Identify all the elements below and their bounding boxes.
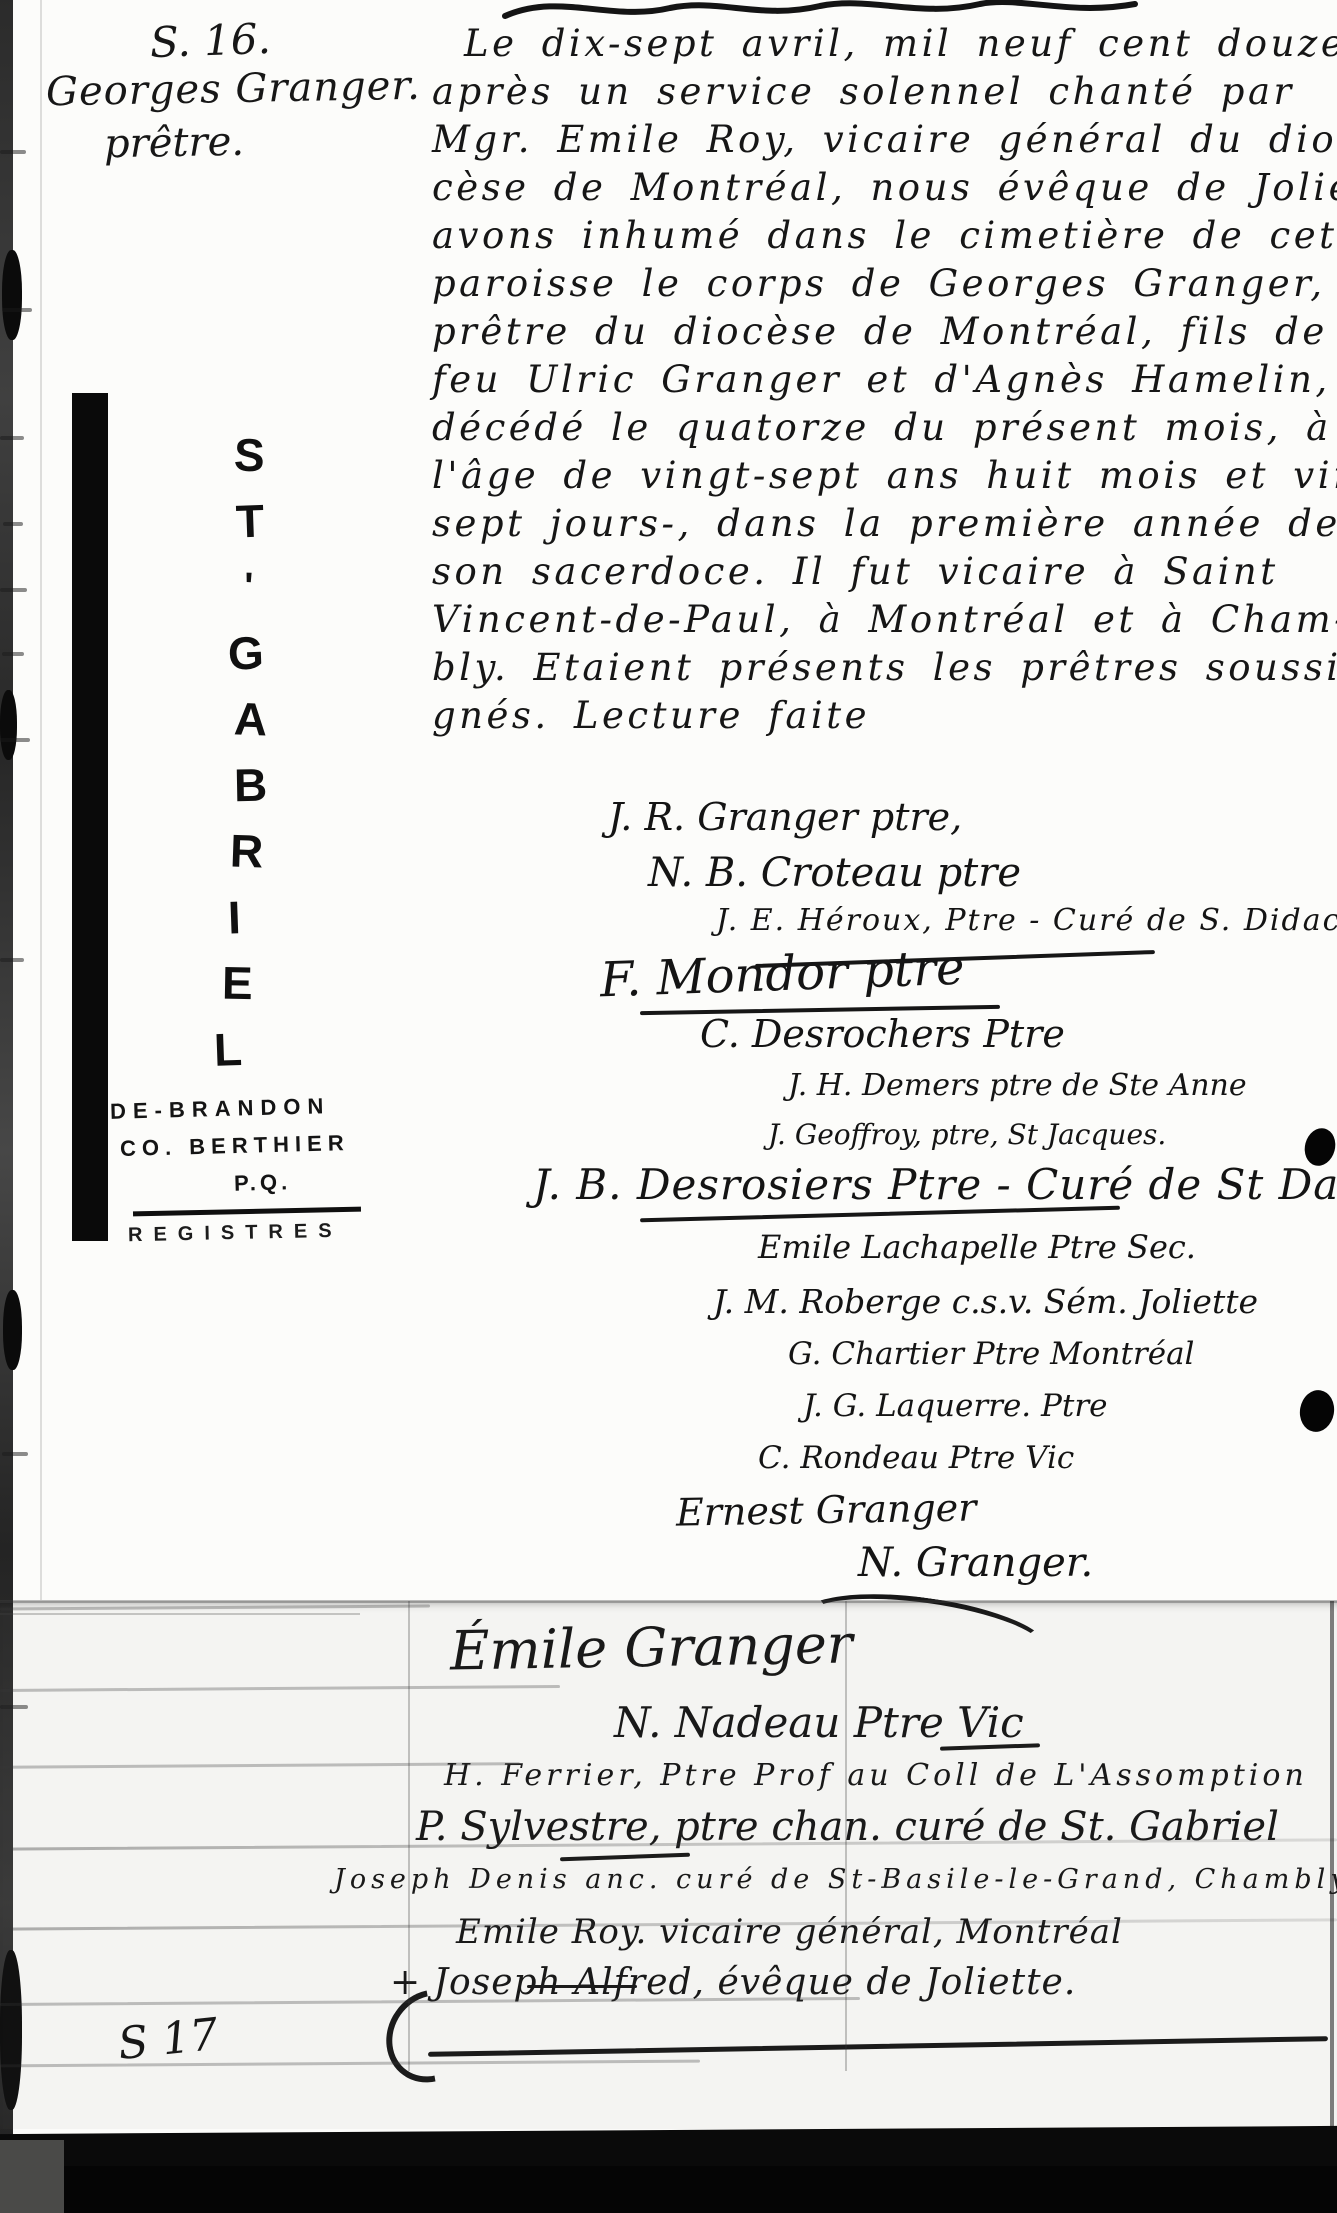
column-rule — [845, 1601, 847, 2071]
stamp-letter: T — [235, 489, 269, 556]
margin-tick — [3, 522, 23, 526]
body-line: avons inhumé dans le cimetière de cette — [432, 212, 1337, 260]
deceased-name: Georges Granger. — [46, 63, 421, 116]
signature: N. B. Croteau ptre — [648, 850, 1021, 896]
body-line: l'âge de vingt-sept ans huit mois et vin… — [432, 452, 1337, 500]
scan-seam — [0, 1600, 1337, 1603]
body-line: décédé le quatorze du présent mois, à — [432, 404, 1337, 452]
body-line: cèse de Montréal, nous évêque de Joliett… — [432, 164, 1337, 212]
bottom-scan-band-patch — [0, 2140, 64, 2213]
scan-seam — [0, 1613, 360, 1615]
stamp-divider — [133, 1207, 361, 1217]
stamp-letter: A — [233, 687, 269, 754]
stamp-letter: L — [213, 1017, 269, 1085]
bottom-scan-band — [0, 2166, 1337, 2213]
margin-tick — [0, 436, 24, 440]
stamp-bar — [72, 393, 108, 1241]
burial-act-text: Le dix-sept avril, mil neuf cent douze a… — [432, 20, 1337, 740]
body-line: Le dix-sept avril, mil neuf cent douze — [432, 20, 1337, 68]
margin-tick — [0, 958, 24, 962]
stamp-parish-line: DE-BRANDON — [110, 1093, 331, 1125]
signature: J. M. Roberge c.s.v. Sém. Joliette — [713, 1282, 1258, 1321]
binding-ink-blot — [2, 250, 22, 340]
signature: G. Chartier Ptre Montréal — [788, 1336, 1194, 1372]
stamp-letter: S — [233, 423, 269, 490]
signature: J. B. Desrosiers Ptre - Curé de St Damie… — [533, 1160, 1337, 1209]
body-line: bly. Etaient présents les prêtres soussi… — [432, 644, 1337, 692]
body-line: Mgr. Emile Roy, vicaire général du dio- — [432, 116, 1337, 164]
stamp-letter: B — [233, 754, 267, 821]
signature: Ernest Granger — [676, 1485, 977, 1534]
column-rule — [408, 1601, 410, 2071]
stamp-vertical-name: S T ' G A B R I E L — [198, 424, 267, 1084]
signature: J. H. Demers ptre de Ste Anne — [788, 1068, 1247, 1103]
body-line: sept jours-, dans la première année de — [432, 500, 1337, 548]
signature: C. Desrochers Ptre — [700, 1012, 1065, 1056]
margin-tick — [0, 738, 30, 742]
stamp-letter: E — [221, 952, 267, 1019]
binding-ink-blot — [0, 690, 17, 760]
signature: J. R. Granger ptre, — [608, 795, 962, 839]
signature: F. Mondor ptre — [599, 940, 965, 1009]
signature: J. Geoffroy, ptre, St Jacques. — [768, 1118, 1166, 1151]
deceased-title: prêtre. — [104, 119, 245, 167]
page-fold-line — [40, 0, 42, 1600]
body-line: prêtre du diocèse de Montréal, fils de — [432, 308, 1337, 356]
stamp-letter: R — [229, 819, 269, 886]
stamp-letter: G — [227, 621, 269, 688]
binding-ink-blot — [3, 1290, 22, 1370]
margin-tick — [0, 588, 27, 592]
signature: N. Granger. — [858, 1540, 1093, 1586]
stamp-province-line: P.Q. — [234, 1169, 292, 1196]
stamp-letter: I — [227, 885, 269, 952]
stamp-letter: ' — [243, 556, 269, 623]
body-line: Vincent-de-Paul, à Montréal et à Cham- — [432, 596, 1337, 644]
margin-tick — [2, 652, 24, 656]
body-line: paroisse le corps de Georges Granger, — [432, 260, 1337, 308]
margin-tick — [0, 150, 26, 154]
ink-dot — [1297, 1387, 1337, 1434]
margin-tick — [2, 308, 32, 312]
record-number: S. 16. — [149, 14, 271, 67]
margin-tick — [2, 1452, 28, 1456]
body-line: son sacerdoce. Il fut vicaire à Saint — [432, 548, 1337, 596]
signature: C. Rondeau Ptre Vic — [758, 1440, 1074, 1476]
signature: Emile Lachapelle Ptre Sec. — [758, 1228, 1196, 1266]
next-record-number: S 17 — [116, 2009, 221, 2070]
body-line: feu Ulric Granger et d'Agnès Hamelin, — [432, 356, 1337, 404]
signature: J. G. Laquerre. Ptre — [803, 1388, 1108, 1424]
body-line: gnés. Lecture faite — [432, 692, 1337, 740]
page-edge-line — [1330, 1601, 1334, 2131]
stamp-registres-label: REGISTRES — [128, 1220, 343, 1247]
signature: J. E. Héroux, Ptre - Curé de S. Didace — [716, 903, 1337, 938]
scanned-register-page: S. 16. Georges Granger. prêtre. S T ' G … — [0, 0, 1337, 2213]
body-line: après un service solennel chanté par — [432, 68, 1337, 116]
stamp-county-line: CO. BERTHIER — [120, 1130, 350, 1162]
